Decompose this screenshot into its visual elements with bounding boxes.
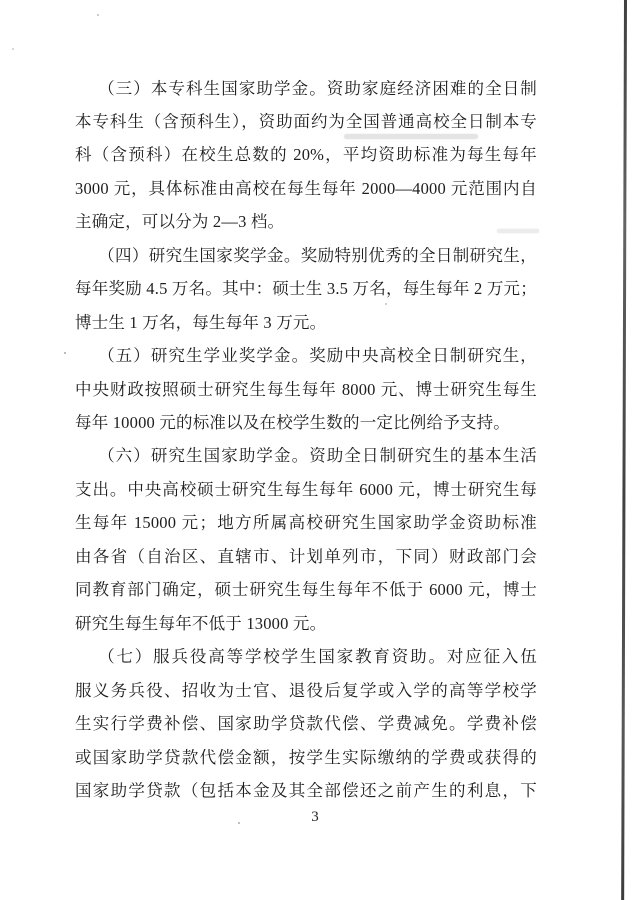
paragraph: （四）研究生国家奖学金。奖励特别优秀的全日制研究生，每年奖励 4.5 万名。其中… [75,239,537,339]
text-line: 由各省（自治区、直辖市、计划单列市，下同）财政部门会 [75,540,537,573]
text-line: （六）研究生国家助学金。资助全日制研究生的基本生活 [75,439,537,472]
text-line: 生每年 15000 元；地方所属高校研究生国家助学金资助标准 [75,506,537,539]
scan-speck [12,48,14,50]
text-line: 科（含预科）在校生总数的 20%，平均资助标准为每生每年 [75,138,537,171]
scan-speck [385,303,387,305]
text-line: 国家助学贷款（包括本金及其全部偿还之前产生的利息，下 [75,774,537,807]
page-number: 3 [75,809,555,826]
paragraph: （六）研究生国家助学金。资助全日制研究生的基本生活支出。中央高校硕士研究生每生每… [75,439,537,640]
paragraph: （七）服兵役高等学校学生国家教育资助。对应征入伍服义务兵役、招收为士官、退役后复… [75,640,537,807]
text-line: 支出。中央高校硕士研究生每生每年 6000 元，博士研究生每 [75,473,537,506]
text-line: 服义务兵役、招收为士官、退役后复学或入学的高等学校学 [75,674,537,707]
paragraph: （五）研究生学业奖学金。奖励中央高校全日制研究生，中央财政按照硕士研究生每生每年… [75,339,537,439]
scan-speck [238,822,240,824]
paragraph: （三）本专科生国家助学金。资助家庭经济困难的全日制本专科生（含预科生），资助面约… [75,72,537,239]
scan-edge-artifact [621,0,626,900]
text-line: 同教育部门确定，硕士研究生每生每年不低于 6000 元，博士 [75,573,537,606]
text-line: （七）服兵役高等学校学生国家教育资助。对应征入伍 [75,640,537,673]
text-line: 每年 10000 元的标准以及在校学生数的一定比例给予支持。 [75,406,537,439]
text-line: 研究生每生每年不低于 13000 元。 [75,607,537,640]
scanned-document-page: （三）本专科生国家助学金。资助家庭经济困难的全日制本专科生（含预科生），资助面约… [0,0,637,900]
text-line: 3000 元，具体标准由高校在每生每年 2000—4000 元范围内自 [75,172,537,205]
text-line: （三）本专科生国家助学金。资助家庭经济困难的全日制 [75,72,537,105]
text-line: （五）研究生学业奖学金。奖励中央高校全日制研究生， [75,339,537,372]
document-body: （三）本专科生国家助学金。资助家庭经济困难的全日制本专科生（含预科生），资助面约… [75,72,537,808]
scan-speck [528,92,530,94]
scan-smudge [344,134,478,139]
text-line: 或国家助学贷款代偿金额，按学生实际缴纳的学费或获得的 [75,741,537,774]
scan-speck [97,14,99,16]
scan-speck [64,352,66,354]
scan-smudge [497,229,539,233]
text-line: 中央财政按照硕士研究生每生每年 8000 元、博士研究生每生 [75,373,537,406]
text-line: 生实行学费补偿、国家助学贷款代偿、学费减免。学费补偿 [75,707,537,740]
text-line: 博士生 1 万名，每生每年 3 万元。 [75,306,537,339]
text-line: 主确定，可以分为 2—3 档。 [75,205,537,238]
text-line: 每年奖励 4.5 万名。其中：硕士生 3.5 万名，每生每年 2 万元； [75,272,537,305]
text-line: （四）研究生国家奖学金。奖励特别优秀的全日制研究生， [75,239,537,272]
